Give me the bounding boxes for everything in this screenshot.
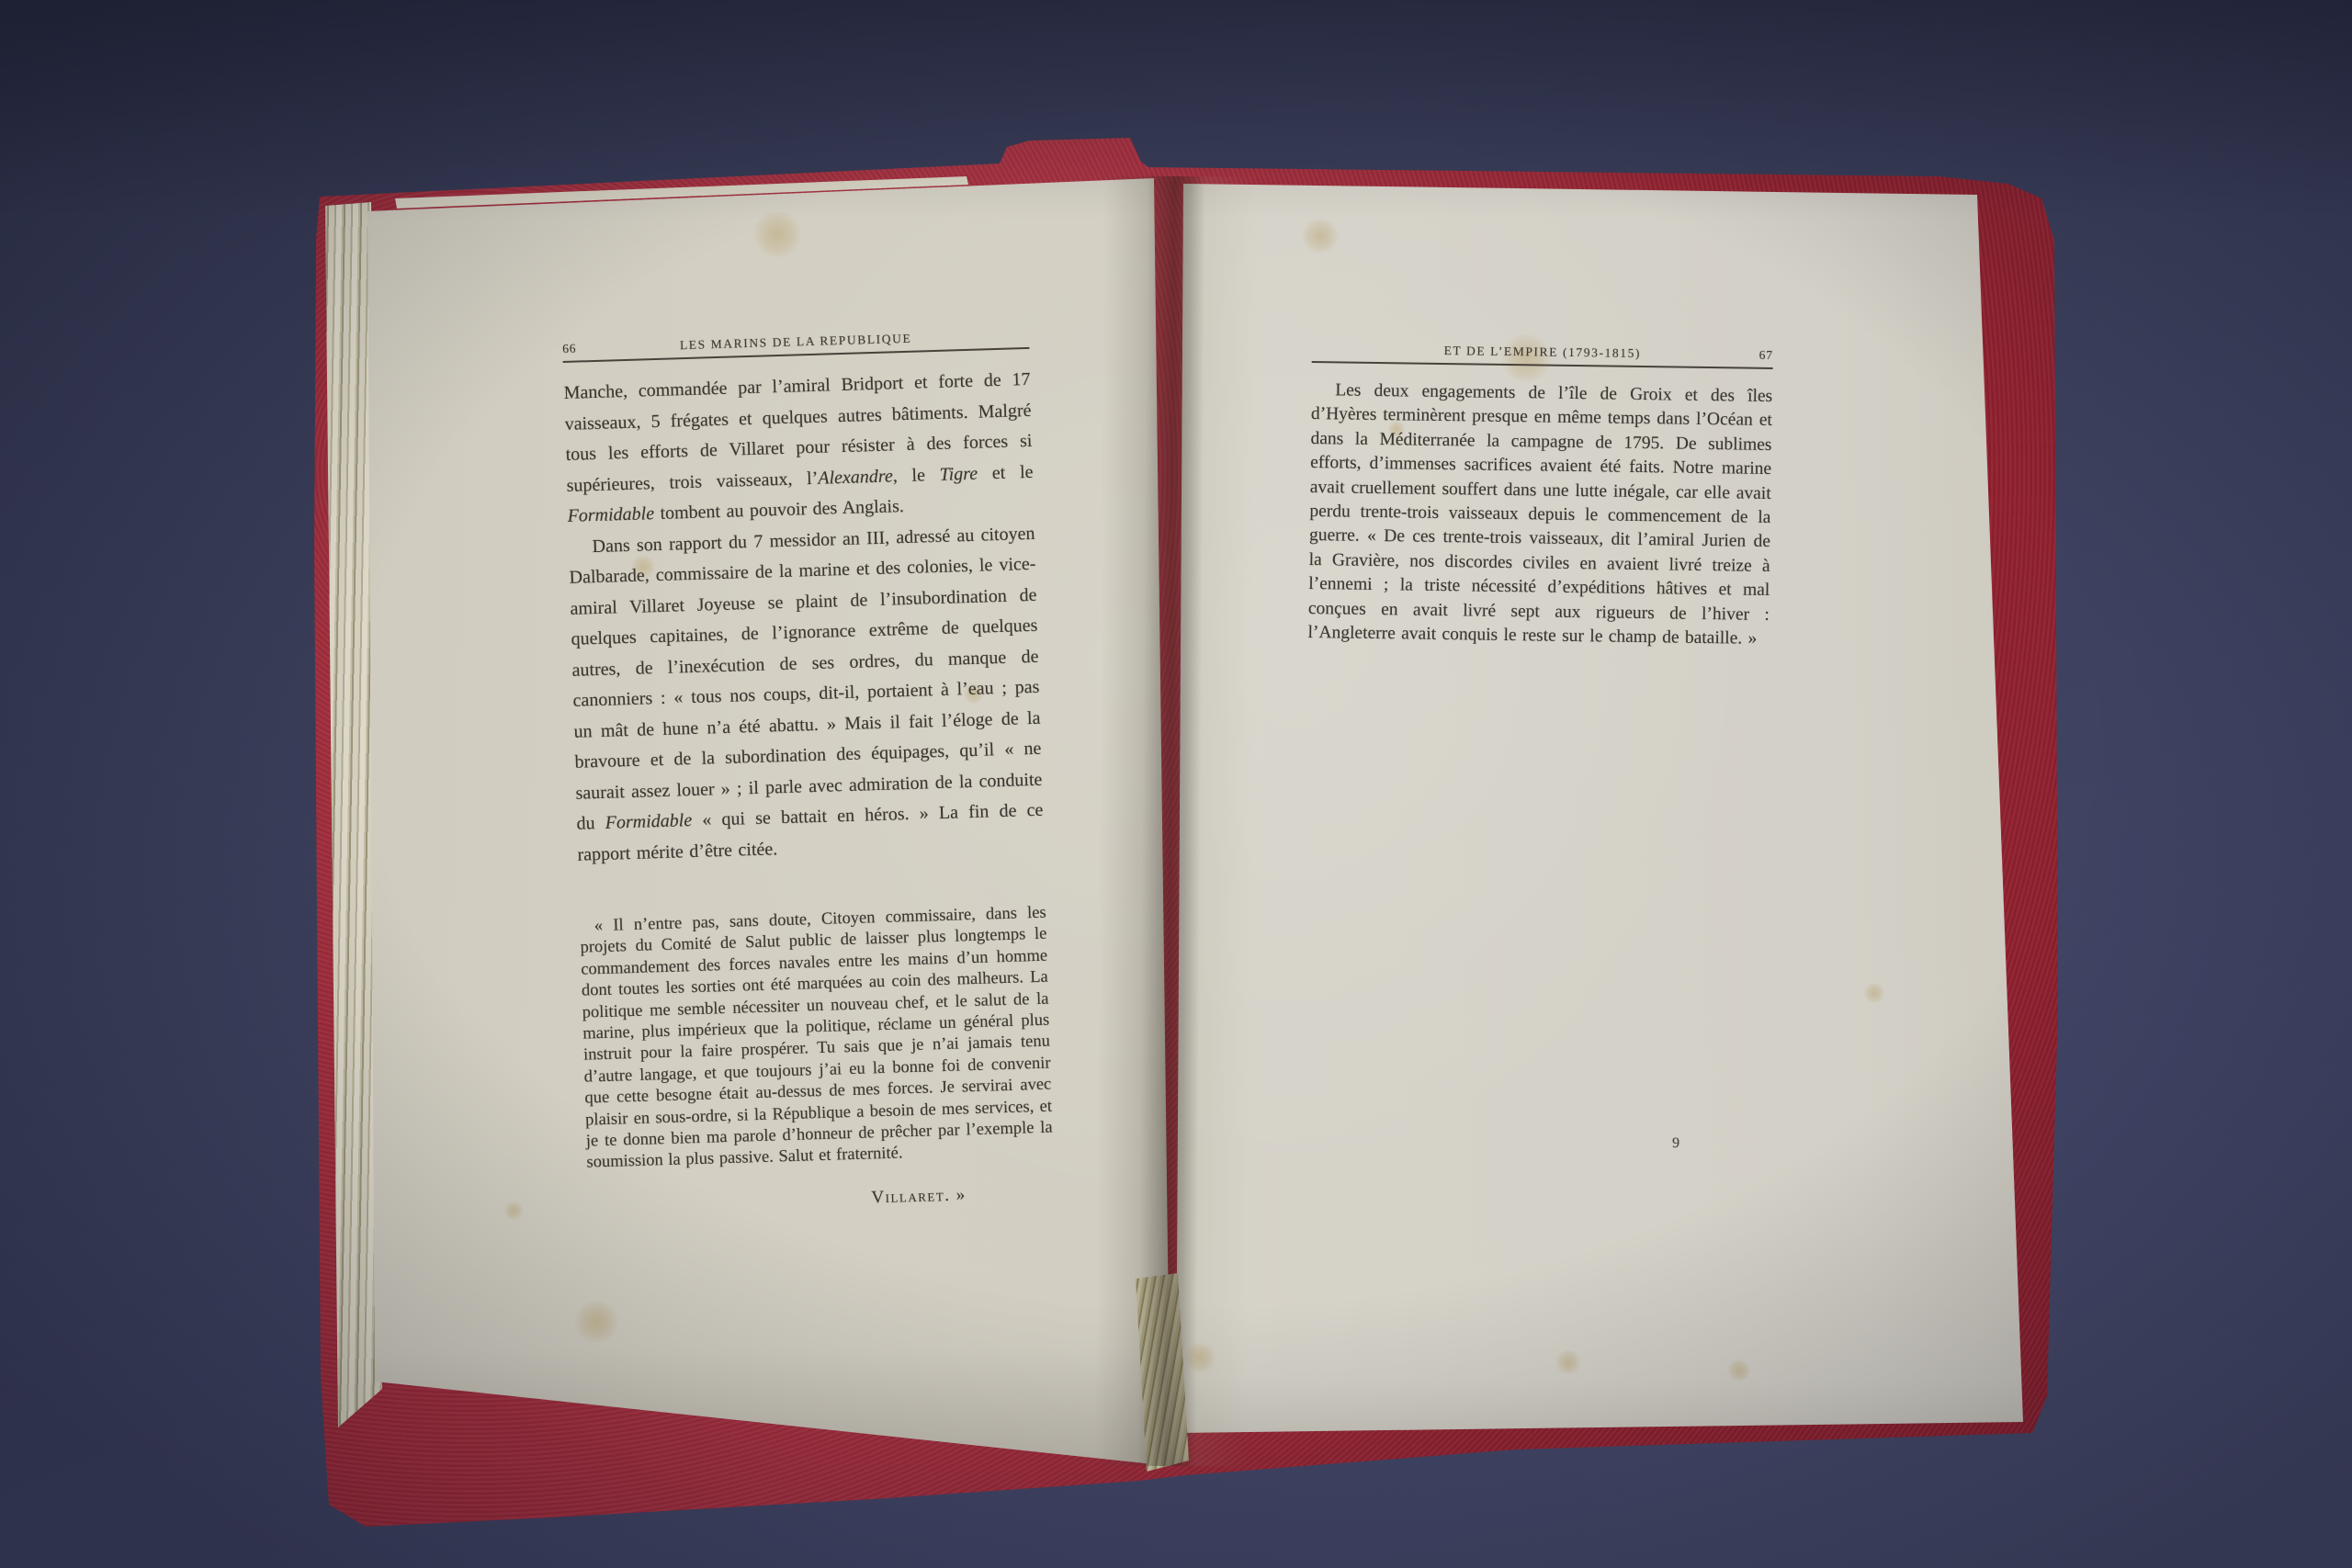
book-gutter-shadow [1094, 175, 1258, 1466]
left-header-spacer [974, 339, 1029, 341]
photograph-scene: 66 LES MARINS DE LA REPUBLIQUE Manche, c… [0, 0, 2352, 1568]
left-paragraph-continuation: Manche, commandée par l’amiral Bridport … [563, 365, 1035, 532]
sheet-signature-mark: 9 [1672, 1135, 1679, 1152]
right-page-number: 67 [1718, 347, 1773, 363]
left-page-number: 66 [562, 340, 617, 356]
left-block-quote: « Il n’entre pas, sans doute, Citoyen co… [580, 903, 1054, 1175]
right-header-spacer [1312, 353, 1367, 354]
left-paragraph-report: Dans son rapport du 7 messidor an III, a… [568, 518, 1045, 870]
right-paragraph: Les deux engagements de l’île de Groix e… [1307, 378, 1772, 651]
right-page-content: ET DE L’EMPIRE (1793-1815) 67 Les deux e… [1307, 342, 1773, 651]
left-page-content: 66 LES MARINS DE LA REPUBLIQUE Manche, c… [562, 328, 1055, 1217]
right-header-rule [1312, 361, 1773, 369]
